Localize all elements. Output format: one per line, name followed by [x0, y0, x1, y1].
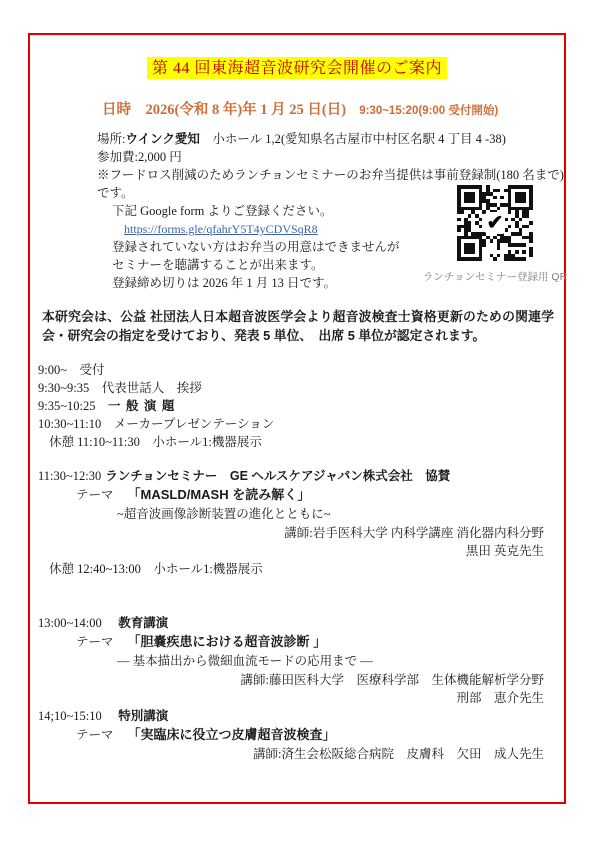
page: { "colors": { "border_red": "#e00000", "… [0, 0, 595, 841]
page-title-highlight: 第 44 回東海超音波研究会開催のご案内 [147, 57, 447, 79]
qr-caption: ランチョンセミナー登録用 QR [415, 269, 575, 284]
luncheon-time: 11:30~12:30 [38, 469, 101, 483]
special-lecturer: 講師:済生会松阪総合病院 皮膚科 欠田 成人先生 [30, 745, 564, 763]
schedule-row-reception: 9:00~ 受付 [30, 361, 564, 379]
luncheon-subtitle: ~超音波画像診断装置の進化とともに~ [30, 505, 564, 524]
schedule-row-general-session: 9:35~10:25 一 般 演 題 [30, 397, 564, 415]
luncheon-lecturer-affiliation: 講師:岩手医科大学 内科学講座 消化器内科分野 [30, 524, 564, 542]
venue-line: 場所:ウインク愛知 小ホール 1,2(愛知県名古屋市中村区名駅 4 丁目 4 -… [30, 130, 564, 148]
special-lecture-section: 14;10~15:10 特別講演 テーマ「実臨床に役立つ皮膚超音波検査」 講師:… [30, 707, 564, 763]
education-lecturer-affiliation: 講師:藤田医科大学 医療科学部 生体機能解析学分野 [30, 671, 564, 689]
schedule-time: 9:30~9:35 [38, 381, 89, 395]
page-title: 第 44 回東海超音波研究会開催のご案内 [30, 55, 564, 78]
schedule-label: 受付 [80, 363, 105, 377]
luncheon-lecturer-name: 黒田 英克先生 [30, 542, 564, 560]
schedule-row-maker-presentation: 10:30~11:10 メーカープレゼンテーション [30, 415, 564, 433]
qr-code: ✔ [457, 185, 533, 261]
luncheon-theme-line: テーマ「MASLD/MASH を読み解く」 [30, 485, 564, 505]
qr-checkmark-icon: ✔ [457, 185, 533, 261]
education-theme-line: テーマ「胆嚢疾患における超音波診断 」 [30, 632, 564, 652]
datetime-sub: 9:30~15:20(9:00 受付開始) [359, 105, 498, 117]
special-time: 14;10~15:10 [38, 709, 102, 723]
schedule-row-greeting: 9:30~9:35 代表世話人 挨拶 [30, 379, 564, 397]
theme-label: テーマ [76, 728, 114, 742]
registration-link[interactable]: https://forms.gle/qfahrY5T4yCDVSqR8 [124, 222, 318, 236]
schedule-label: メーカープレゼンテーション [114, 417, 275, 431]
special-lecture-line: 14;10~15:10 特別講演 [30, 707, 564, 725]
education-time: 13:00~14:00 [38, 616, 102, 630]
schedule-label: 代表世話人 挨拶 [102, 381, 202, 395]
document-sheet: 第 44 回東海超音波研究会開催のご案内 日時 2026(令和 8 年)年 1 … [28, 33, 566, 804]
schedule-time: 9:00~ [38, 363, 67, 377]
education-title: 教育講演 [118, 616, 168, 630]
education-lecture-section: 13:00~14:00 教育講演 テーマ「胆嚢疾患における超音波診断 」 ― 基… [30, 614, 564, 707]
datetime-main: 日時 2026(令和 8 年)年 1 月 25 日(日) [102, 102, 346, 118]
venue-name: ウインク愛知 [125, 132, 199, 146]
special-theme-line: テーマ「実臨床に役立つ皮膚超音波検査」 [30, 725, 564, 745]
break-line-1: 休憩 11:10~11:30 小ホール1:機器展示 [30, 433, 564, 451]
schedule-label: 一 般 演 題 [108, 399, 175, 413]
luncheon-title: ランチョンセミナー GE ヘルスケアジャパン株式会社 協賛 [105, 469, 450, 483]
datetime-line: 日時 2026(令和 8 年)年 1 月 25 日(日) 9:30~15:20(… [30, 98, 564, 119]
venue-detail: 小ホール 1,2(愛知県名古屋市中村区名駅 4 丁目 4 -38) [200, 132, 506, 146]
special-theme: 「実臨床に役立つ皮膚超音波検査」 [128, 727, 336, 742]
accreditation-paragraph: 本研究会は、公益 社団法人日本超音波医学会より超音波検査士資格更新のための関連学… [30, 307, 564, 345]
education-lecture-line: 13:00~14:00 教育講演 [30, 614, 564, 632]
schedule-time: 9:35~10:25 [38, 399, 95, 413]
education-theme: 「胆嚢疾患における超音波診断 」 [128, 634, 327, 649]
luncheon-theme: 「MASLD/MASH を読み解く」 [128, 487, 311, 502]
education-lecturer-name: 刑部 恵介先生 [30, 689, 564, 707]
schedule-time: 10:30~11:10 [38, 417, 101, 431]
qr-block: ✔ ランチョンセミナー登録用 QR [415, 185, 575, 284]
luncheon-seminar-line: 11:30~12:30ランチョンセミナー GE ヘルスケアジャパン株式会社 協賛 [30, 467, 564, 485]
venue-label: 場所: [97, 132, 125, 146]
fee-line: 参加費:2,000 円 [30, 148, 564, 166]
theme-label: テーマ [76, 488, 114, 502]
education-subtitle: ― 基本描出から微細血流モードの応用まで ― [30, 652, 564, 671]
luncheon-seminar-section: 11:30~12:30ランチョンセミナー GE ヘルスケアジャパン株式会社 協賛… [30, 467, 564, 578]
schedule-block: 9:00~ 受付 9:30~9:35 代表世話人 挨拶 9:35~10:25 一… [30, 361, 564, 451]
theme-label: テーマ [76, 635, 114, 649]
break-line-2: 休憩 12:40~13:00 小ホール1:機器展示 [30, 560, 564, 578]
special-title: 特別講演 [118, 709, 168, 723]
